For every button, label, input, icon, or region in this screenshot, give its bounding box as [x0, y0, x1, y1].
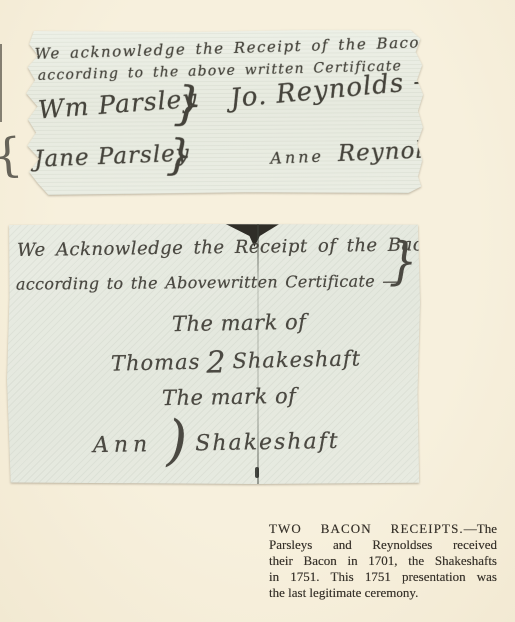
receipt-1701-photo: We acknowledge the Receipt of the Bacon …: [24, 29, 425, 195]
mark-label-thomas: The mark of: [172, 311, 307, 336]
fold-crease-mark: [255, 467, 259, 478]
caption-lead-rest: —The: [464, 521, 497, 536]
thomas-mark-glyph: 2: [206, 345, 227, 380]
caption-line: the last legitimate ceremony.: [269, 585, 497, 601]
ink-curl-mark: {: [0, 131, 24, 179]
receipt-1751-paper: We Acknowledge the Receipt of the Bacon …: [7, 224, 420, 484]
receipt-1701-paper: We acknowledge the Receipt of the Bacon …: [24, 29, 425, 195]
caption-line: their Bacon in 1701, the Shakeshafts: [269, 553, 497, 569]
ink-dash-mark: [27, 57, 34, 61]
caption-line: Parsleys and Reynoldses received: [269, 537, 497, 553]
ann-mark-glyph: ): [166, 419, 188, 463]
page-edge-shadow: [0, 44, 2, 122]
receipt-1751-body-line-2: according to the Abovewritten Certificat…: [16, 272, 399, 293]
signature-anne-reynold: AnneReynold: [270, 138, 440, 170]
receipt-1751-photo: We Acknowledge the Receipt of the Bacon …: [7, 224, 420, 484]
photo-caption: TWO BACON RECEIPTS.—The Parsleys and Rey…: [269, 521, 497, 601]
caption-line: in 1751. This 1751 presentation was: [269, 569, 497, 585]
signature-thomas-shakeshaft: Thomas2Shakeshaft: [111, 343, 362, 381]
thomas-last-name: Shakeshaft: [232, 346, 361, 373]
brace-mark: }: [173, 80, 204, 127]
ann-first-name: Ann: [93, 433, 153, 458]
book-page: { We acknowledge the Receipt of the Baco…: [0, 0, 515, 622]
ann-last-name: Shakeshaft: [195, 429, 340, 456]
brace-mark: }: [166, 134, 194, 177]
thomas-first-name: Thomas: [111, 350, 201, 376]
signature-ann-shakeshaft: Ann)Shakeshaft: [93, 420, 340, 467]
caption-line: TWO BACON RECEIPTS.—The: [269, 521, 497, 537]
caption-lead-caps: TWO BACON RECEIPTS.: [269, 521, 464, 536]
mark-label-ann: The mark of: [162, 385, 297, 410]
receipt-1751-body-line-1: We Acknowledge the Receipt of the Bacon: [17, 235, 447, 261]
signature-anne-first-name: Anne: [270, 147, 324, 168]
signature-anne-last-name: Reynold: [337, 137, 440, 167]
